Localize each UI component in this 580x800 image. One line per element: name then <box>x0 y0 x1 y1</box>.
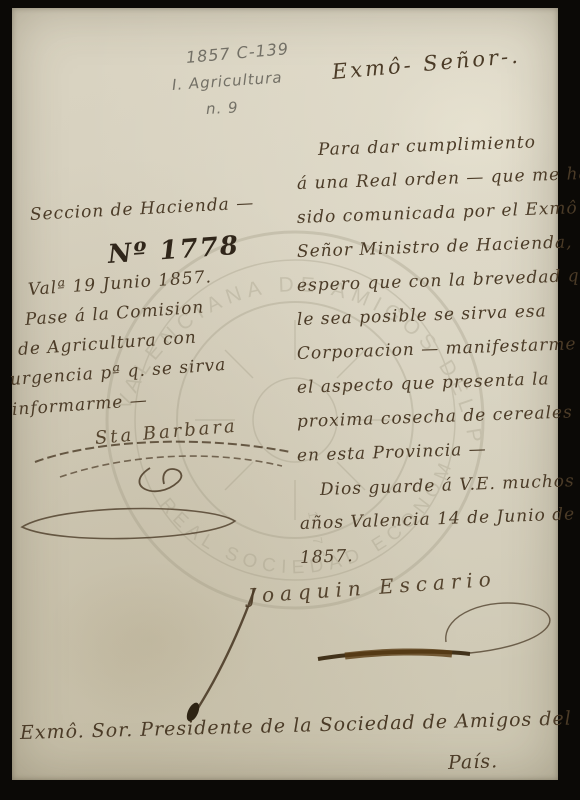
document-scan: VALENCIANA DE AMIGOS DEL PAIS REAL SOCIE… <box>0 0 580 800</box>
address-line: País. <box>448 750 499 774</box>
pencil-number-note: n. 9 <box>206 98 239 118</box>
body-line: 1857. <box>300 546 354 568</box>
